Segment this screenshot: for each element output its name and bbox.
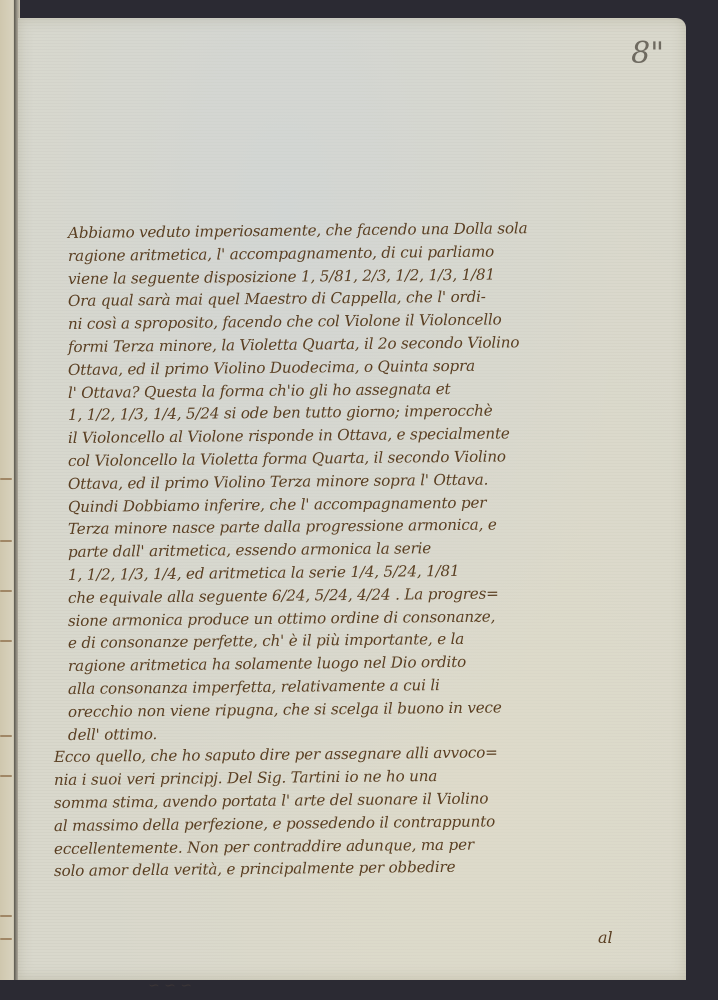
bleed-through-ink: ~ ~ ~: [148, 978, 192, 994]
text-line: solo amor della verità, e principalmente…: [54, 854, 668, 883]
facing-page-ink: [0, 735, 12, 737]
facing-page-ink: [0, 540, 12, 542]
facing-page-ink: [0, 478, 12, 480]
catchword: al: [598, 928, 613, 947]
facing-page-ink: [0, 915, 12, 917]
facing-page-ink: [0, 640, 12, 642]
facing-page-ink: [0, 590, 12, 592]
folio-number: 8": [631, 36, 664, 71]
facing-page-ink: [0, 938, 12, 940]
manuscript-text: Abbiamo veduto imperiosamente, che facen…: [68, 222, 668, 883]
facing-page-ink: [0, 775, 12, 777]
